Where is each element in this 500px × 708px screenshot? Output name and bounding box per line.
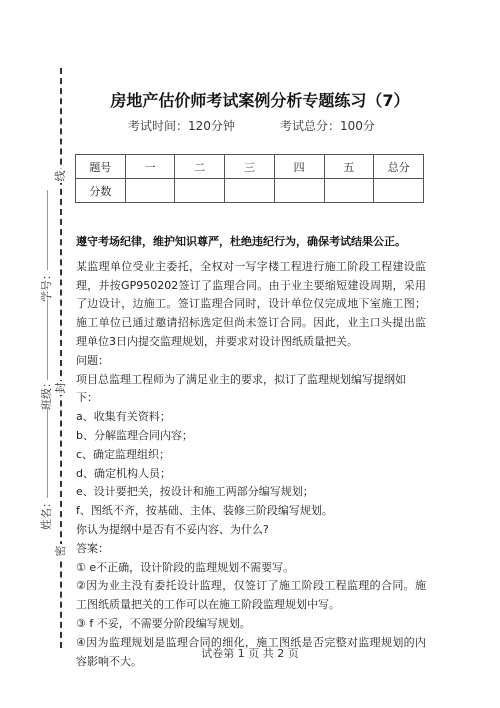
question-intro: 项目总监理工程师为了满足业主的要求，拟订了监理规划编写提纲如下： <box>76 371 426 409</box>
outline-item-e: e、设计要把关，按设计和施工两部分编写规划； <box>76 483 426 502</box>
outline-item-c: c、确定监理组织； <box>76 446 426 465</box>
page-footer: 试卷第 1 页 共 2 页 <box>70 645 430 661</box>
answer-label: 答案： <box>76 540 426 559</box>
table-cell <box>125 179 175 203</box>
case-description: 某监理单位受业主委托，全权对一写字楼工程进行施工阶段工程建设监理，并按GP950… <box>76 258 426 352</box>
table-cell: 题号 <box>76 155 126 179</box>
answer-2: ②因为业主没有委托设计监理，仅签订了施工阶段工程监理的合同。施工图纸质量把关的工… <box>76 577 426 615</box>
outline-item-a: a、收集有关资料； <box>76 408 426 427</box>
table-cell: 五 <box>324 155 374 179</box>
class-label: 班级： <box>40 380 54 410</box>
exam-notice: 遵守考场纪律，维护知识尊严，杜绝违纪行为，确保考试结果公正。 <box>76 233 426 252</box>
class-line <box>47 300 48 380</box>
table-cell <box>225 179 275 203</box>
exam-content: 遵守考场纪律，维护知识尊严，杜绝违纪行为，确保考试结果公正。 某监理单位受业主委… <box>76 233 426 671</box>
table-cell: 分数 <box>76 179 126 203</box>
exam-time: 考试时间：120分钟 <box>128 117 235 134</box>
page-title: 房地产估价师考试案例分析专题练习（7） <box>70 88 450 111</box>
question-label: 问题： <box>76 352 426 371</box>
answer-1: ① e不正确，设计阶段的监理规划不需要写。 <box>76 559 426 578</box>
total-score: 考试总分：100分 <box>280 117 375 134</box>
table-cell: 三 <box>225 155 275 179</box>
score-table-header-row: 题号 一 二 三 四 五 总分 <box>76 155 424 179</box>
table-cell <box>374 179 424 203</box>
table-cell: 二 <box>175 155 225 179</box>
table-cell <box>274 179 324 203</box>
student-id-line <box>47 190 48 270</box>
score-table-score-row: 分数 <box>76 179 424 203</box>
student-id-label: 学号： <box>40 272 54 302</box>
score-table: 题号 一 二 三 四 五 总分 分数 <box>75 154 424 203</box>
answer-3: ③ f 不妥，不需要分阶段编写规划。 <box>76 615 426 634</box>
binding-char-mi: 密 <box>53 544 69 558</box>
name-label: 姓名： <box>40 500 54 530</box>
question-text: 你认为提纲中是否有不妥内容、为什么? <box>76 521 426 540</box>
binding-char-xian: 线 <box>53 169 69 183</box>
binding-dashed-line <box>60 68 62 648</box>
outline-item-f: f、图纸不齐，按基础、主体、装修三阶段编写规划。 <box>76 502 426 521</box>
outline-item-d: d、确定机构人员； <box>76 465 426 484</box>
table-cell: 四 <box>274 155 324 179</box>
table-cell <box>324 179 374 203</box>
name-line <box>47 408 48 498</box>
binding-char-feng: 封 <box>53 381 69 395</box>
table-cell <box>175 179 225 203</box>
table-cell: 总分 <box>374 155 424 179</box>
table-cell: 一 <box>125 155 175 179</box>
outline-item-b: b、分解监理合同内容； <box>76 427 426 446</box>
